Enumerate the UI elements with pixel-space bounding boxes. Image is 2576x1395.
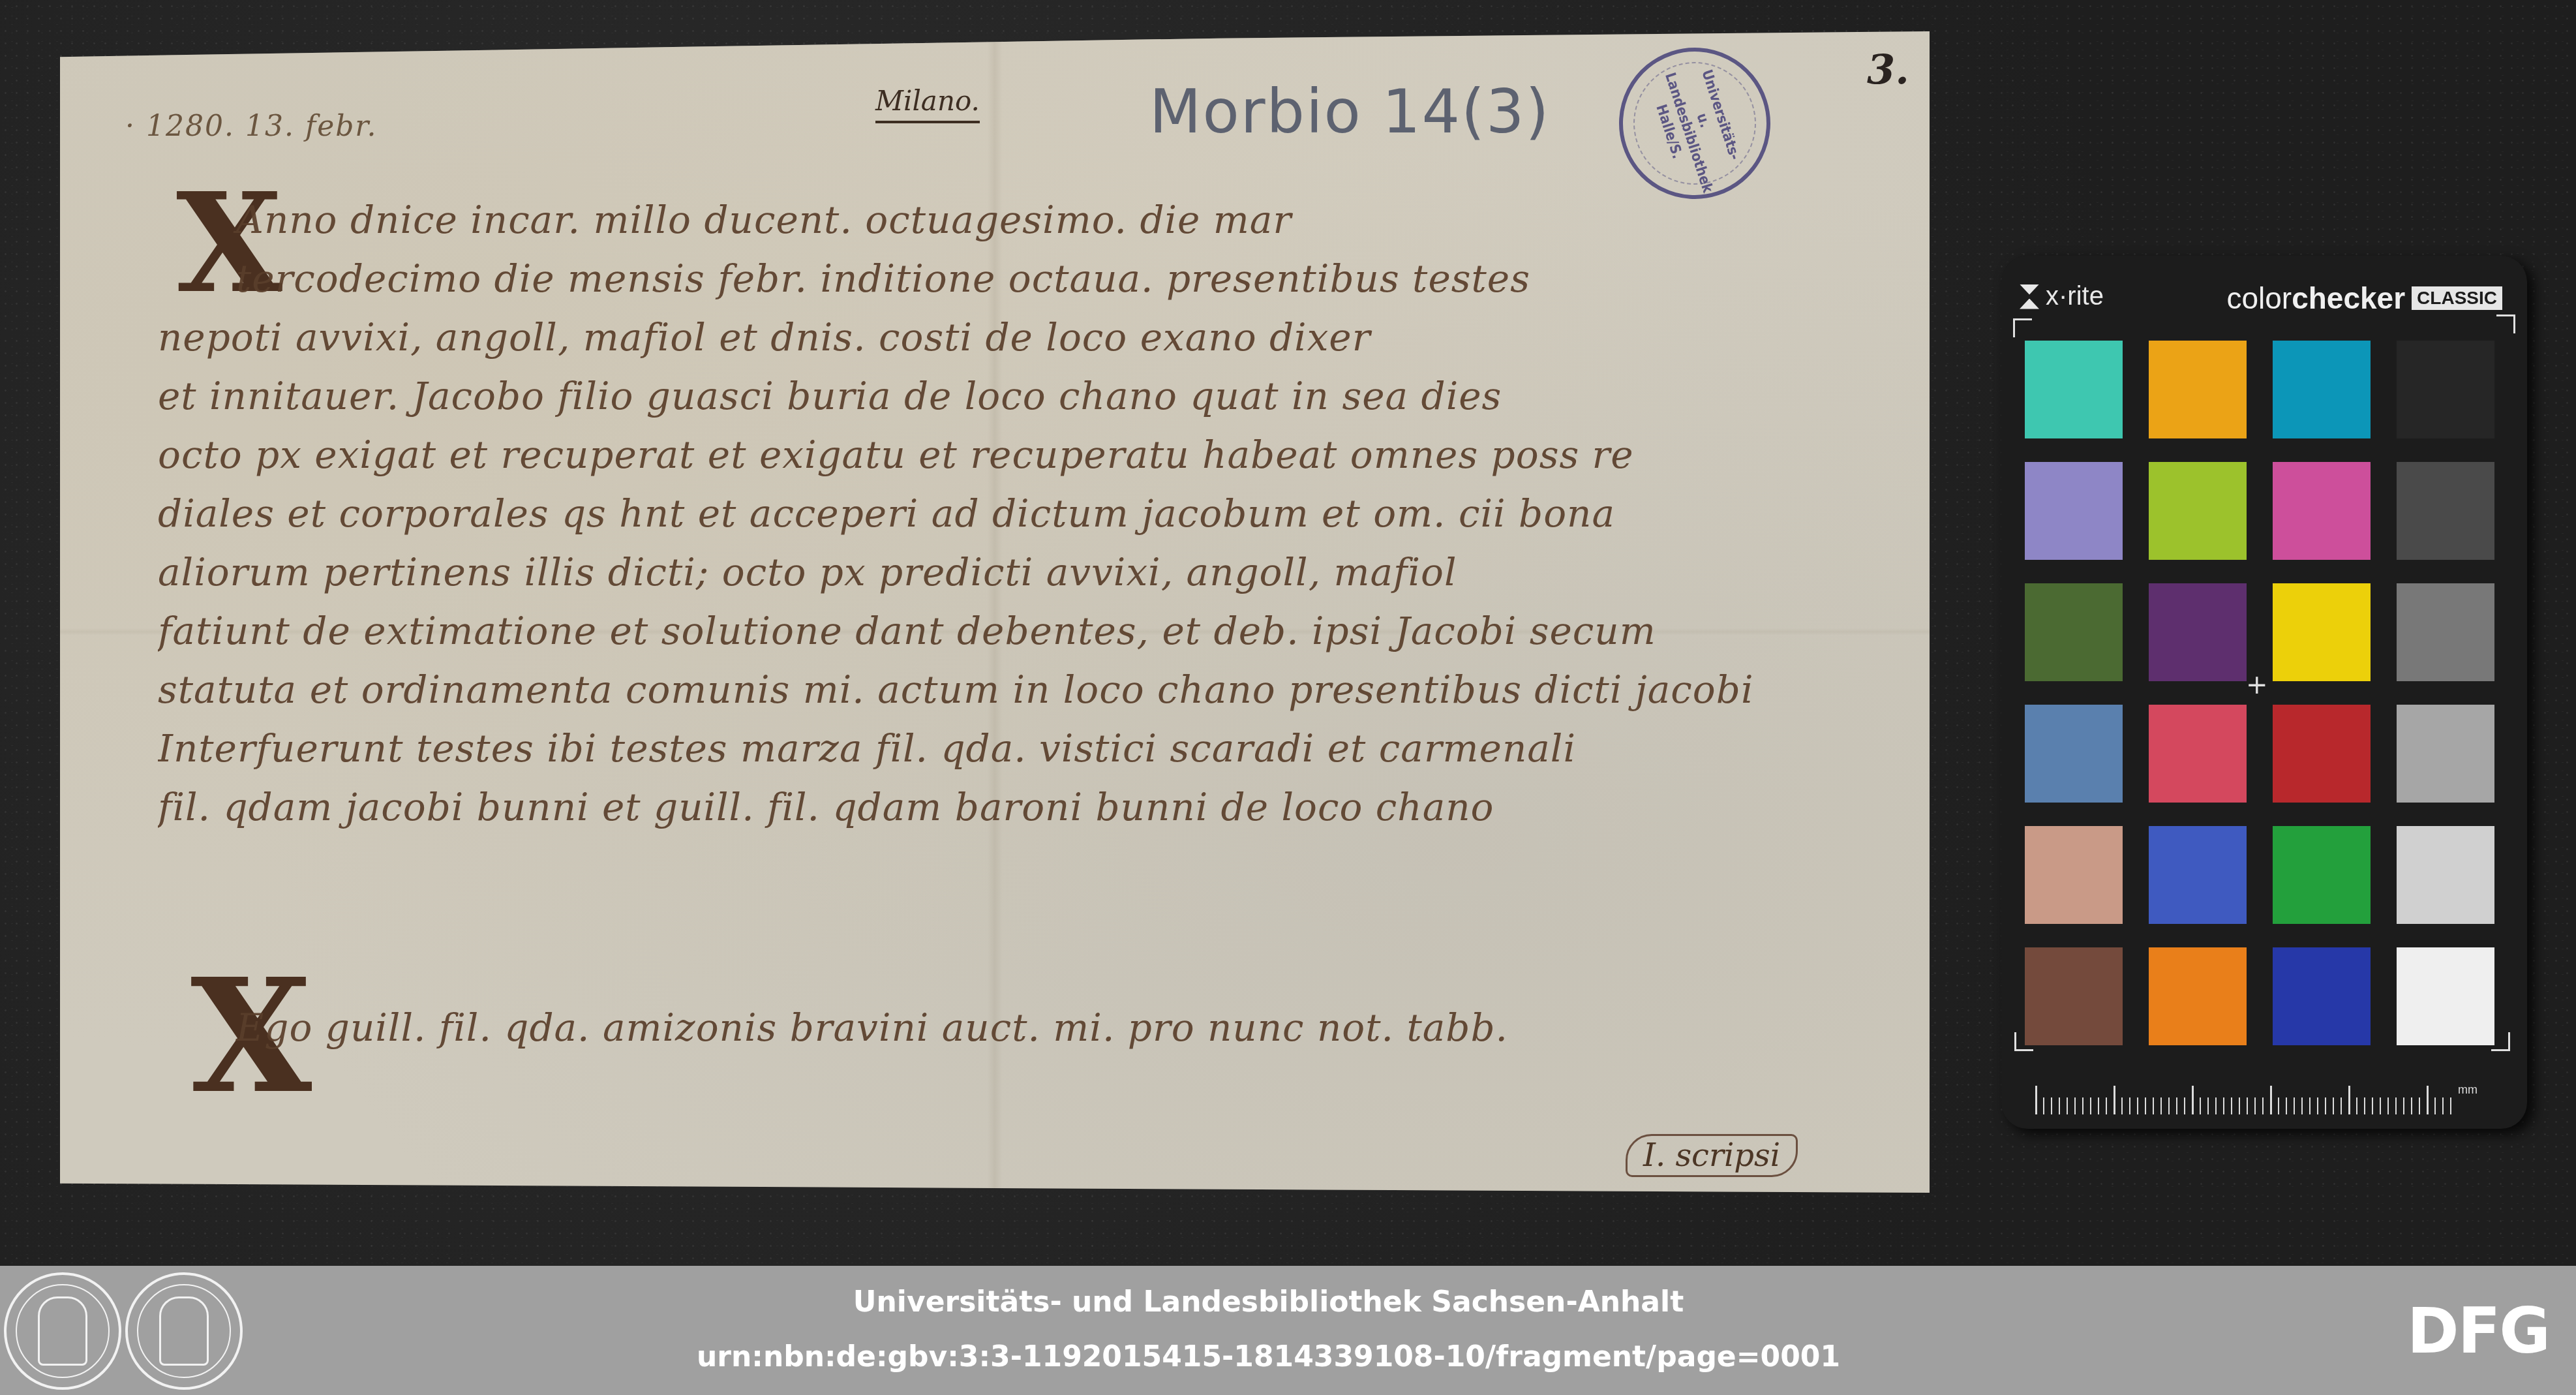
manuscript-line: Ego guill. fil. qda. amizonis bravini au… (158, 1005, 1919, 1063)
institution-name: Universitäts- und Landesbibliothek Sachs… (0, 1285, 2556, 1319)
notary-subscription: I. scripsi (1626, 1134, 1798, 1177)
color-patch-lighter-gray (2397, 826, 2494, 924)
color-patch-magenta (2273, 462, 2371, 560)
manuscript-line: fatiunt de extimatione et solutione dant… (158, 609, 1919, 666)
xrite-logo-icon (2020, 284, 2039, 309)
color-patch-light-skin (2025, 826, 2123, 924)
color-patch-teal (2025, 341, 2123, 438)
xrite-brand-label: x·rite (2046, 282, 2104, 311)
manuscript-line: diales et corporales qs hnt et acceperi … (158, 491, 1919, 549)
manuscript-line: aliorum pertinens illis dicti; octo px p… (158, 550, 1919, 607)
crosshair-icon: + (2246, 672, 2268, 698)
library-stamp: Universitäts- u. Landesbibliothek Halle/… (1599, 28, 1790, 219)
title-light: color (2226, 281, 2292, 316)
scan-area: · 1280. 13. febr. Milano. Morbio 14(3) U… (0, 0, 2576, 1266)
parchment-charter: · 1280. 13. febr. Milano. Morbio 14(3) U… (60, 31, 1930, 1193)
manuscript-line: Interfuerunt testes ibi testes marza fil… (158, 726, 1919, 784)
color-patch-cyan (2273, 341, 2371, 438)
color-checker-card: x·rite color checker CLASSIC + mm (2001, 256, 2527, 1129)
color-patch-blue-sky (2025, 705, 2123, 803)
manuscript-line: octo px exigat et recuperat et exigatu e… (158, 433, 1919, 490)
manuscript-line: fil. qdam jacobi bunni et guill. fil. qd… (158, 785, 1919, 842)
corner-mark-icon (2013, 318, 2032, 337)
color-patch-black (2397, 341, 2494, 438)
manuscript-line: tercodecimo die mensis febr. inditione o… (158, 256, 1919, 314)
footer-band: Universitäts- und Landesbibliothek Sachs… (0, 1266, 2576, 1395)
shelfmark-annotation: Morbio 14(3) (1149, 77, 1550, 147)
color-patch-red (2273, 705, 2371, 803)
mm-ruler (2035, 1086, 2453, 1114)
stamp-ring (1618, 46, 1772, 201)
color-patch-yellow (2273, 583, 2371, 681)
urn-identifier[interactable]: urn:nbn:de:gbv:3:3-1192015415-1814339108… (0, 1340, 2556, 1373)
color-patch-purplish-blue (2149, 826, 2247, 924)
color-patch-white (2397, 947, 2494, 1045)
color-patch-light-gray (2397, 705, 2494, 803)
manuscript-line: Anno dnice incar. millo ducent. octuages… (158, 198, 1919, 255)
color-patch-orange (2149, 947, 2247, 1045)
manuscript-line: et innitauer. Jacobo filio guasci buria … (158, 374, 1919, 431)
color-patch-yellow-green (2149, 462, 2247, 560)
color-patch-green (2273, 826, 2371, 924)
color-patch-orange-yellow (2149, 341, 2247, 438)
manuscript-text: Anno dnice incar. millo ducent. octuages… (158, 198, 1919, 1064)
ruler-unit-label: mm (2458, 1083, 2478, 1097)
color-patch-purple (2149, 583, 2247, 681)
color-patch-dark-gray (2397, 462, 2494, 560)
color-patch-dark-skin (2025, 947, 2123, 1045)
manuscript-line: statuta et ordinamenta comunis mi. actum… (158, 667, 1919, 725)
colorchecker-title: color checker CLASSIC (2226, 281, 2502, 316)
manuscript-line: nepoti avvixi, angoll, mafiol et dnis. c… (158, 315, 1919, 373)
title-bold: checker (2292, 281, 2405, 316)
dfg-logo: DFG (2407, 1300, 2549, 1362)
corner-mark-icon (2496, 314, 2515, 333)
date-annotation: · 1280. 13. febr. (125, 110, 378, 143)
color-patch-blue (2273, 947, 2371, 1045)
place-annotation: Milano. (875, 85, 980, 123)
folio-number: 3. (1867, 46, 1909, 93)
color-patch-foliage-green (2025, 583, 2123, 681)
color-patch-mid-gray (2397, 583, 2494, 681)
xrite-brand: x·rite (2020, 282, 2104, 311)
color-patch-moderate-red (2149, 705, 2247, 803)
classic-badge: CLASSIC (2412, 286, 2502, 310)
color-patch-lavender (2025, 462, 2123, 560)
